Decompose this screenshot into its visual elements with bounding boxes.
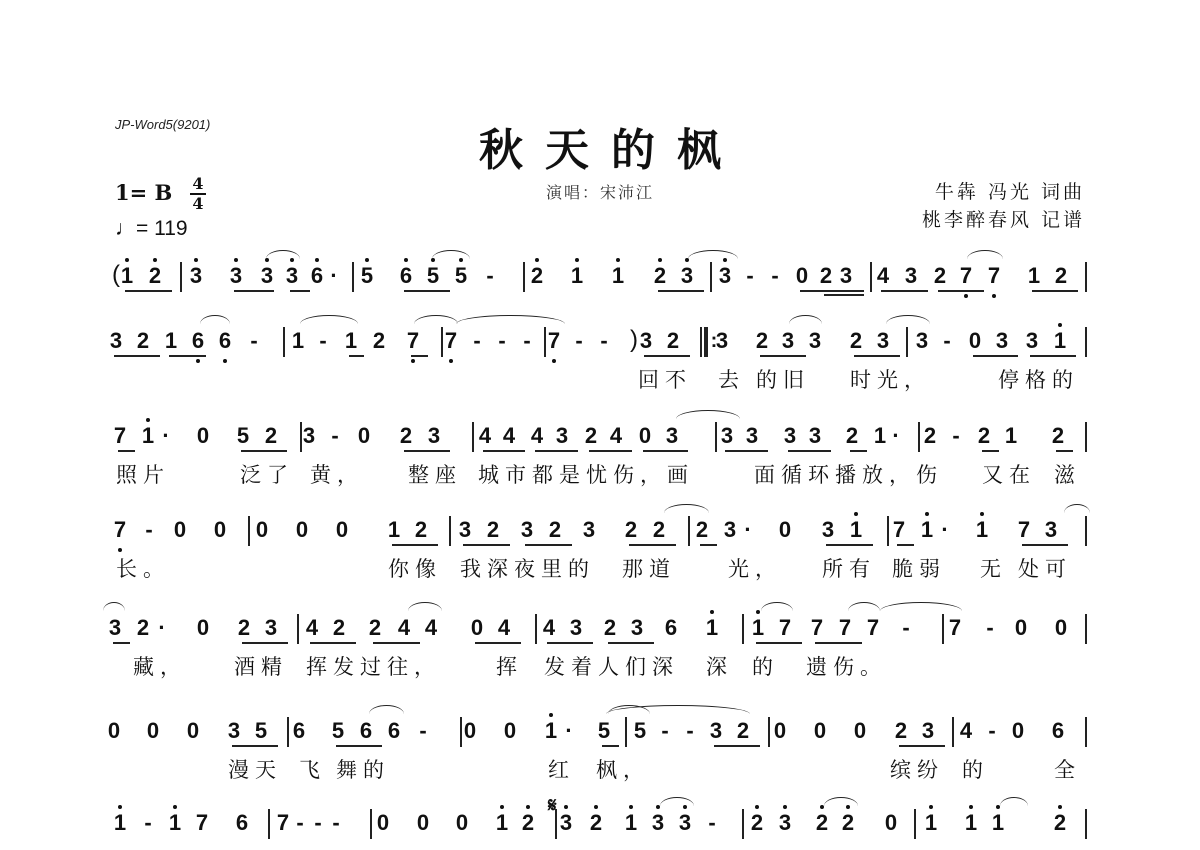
note: 6 [663,616,679,640]
credits: 牛犇 冯光 词曲 桃李醉春风 记谱 [922,178,1085,234]
barline [287,717,289,747]
tie-slur [408,602,442,611]
note: 2 [1050,424,1066,448]
tempo-marking: ♩= 119 [115,217,188,241]
note: 7 [958,264,974,288]
tie-slur [967,250,1003,259]
eighth-underline [643,450,688,452]
barline [1085,516,1087,546]
eighth-underline [725,450,768,452]
note: 3 [719,424,735,448]
lyric-text: 发着人们深 [544,655,679,679]
note: 7 [986,264,1002,288]
note: 3 [228,264,244,288]
barline [1085,422,1087,452]
note: 2 [844,424,860,448]
lyric-text: 挥 [496,655,523,679]
note: 2 [529,264,545,288]
note: 7 [809,616,825,640]
eighth-underline [850,450,867,452]
note: 1 [112,811,128,835]
tie-slur [414,315,458,324]
note: 2 [398,424,414,448]
parenthesis: ( [112,263,120,287]
lyric-text: 黄， [310,463,364,487]
eighth-underline [760,355,806,357]
note: 4 [496,616,512,640]
extension-dash: - [140,811,156,835]
note: 1 [704,616,720,640]
note: 5 [235,424,251,448]
barline [1085,809,1087,839]
lyric-text: 全 [1054,758,1081,782]
eighth-underline [483,450,525,452]
note: 2 [623,518,639,542]
tie-slur [369,705,404,714]
note: 3 [679,264,695,288]
lyric-text: 挥发过往， [306,655,441,679]
note: 3 [519,518,535,542]
tie-slur [266,250,300,259]
note: 3 [426,424,442,448]
note: 7 [275,811,291,835]
eighth-underline [700,544,717,546]
note: 0 [852,719,868,743]
note: 5 [425,264,441,288]
barline [370,809,372,839]
note: 3 [677,811,693,835]
lyric-text: 停格的 [998,368,1079,392]
extension-dash: - [315,329,331,353]
barline [180,262,182,292]
augmentation-dot: · [326,264,342,288]
note: 0 [883,811,899,835]
note: 3 [107,616,123,640]
tie-slur [824,797,858,806]
note: 3 [1043,518,1059,542]
note: 0 [794,264,810,288]
eighth-underline [938,290,984,292]
note: 5 [453,264,469,288]
note: 3 [568,616,584,640]
lyric-text: 去 [718,368,745,392]
eighth-underline [114,355,160,357]
extension-dash: - [767,264,783,288]
note: 0 [502,719,518,743]
note: 2 [848,329,864,353]
eighth-underline [897,544,914,546]
note: 1 [167,811,183,835]
lyric-text: 面循环播放，伤 [754,463,943,487]
tie-slur [456,315,565,324]
eighth-underline [125,290,172,292]
note: 1 [119,264,135,288]
eighth-underline [1032,290,1078,292]
note: 2 [665,329,681,353]
extension-dash: - [292,811,308,835]
note: 2 [749,811,765,835]
barline [952,717,954,747]
tie-slur [688,250,738,259]
note: 3 [263,616,279,640]
note: 4 [501,424,517,448]
note: 2 [651,518,667,542]
note: 0 [967,329,983,353]
note: 3 [581,518,597,542]
note: 0 [254,518,270,542]
note: 2 [520,811,536,835]
note: 0 [777,518,793,542]
note: 2 [976,424,992,448]
note: 2 [818,264,834,288]
note: 0 [212,518,228,542]
repeat-dots: : [706,329,722,353]
eighth-underline [242,642,288,644]
tie-slur [664,504,709,513]
note: 7 [112,518,128,542]
note: 0 [772,719,788,743]
note: 0 [172,518,188,542]
extension-dash: - [571,329,587,353]
note: 1 [1003,424,1019,448]
note: 1 [990,811,1006,835]
note: 2 [602,616,618,640]
tie-slur [676,410,740,419]
extension-dash: - [898,616,914,640]
barline [441,327,443,357]
eighth-underline [658,290,704,292]
note: 2 [922,424,938,448]
extension-dash: - [704,811,720,835]
note: 2 [367,616,383,640]
tie-slur [848,602,880,611]
note: 3 [807,329,823,353]
note: 7 [947,616,963,640]
note: 3 [457,518,473,542]
lyric-text: 光， [728,557,782,581]
note: 3 [782,424,798,448]
note: 1 [386,518,402,542]
eighth-underline [881,290,928,292]
parenthesis: ) [630,328,638,352]
note: 2 [413,518,429,542]
lyric-text: 滋 [1054,463,1081,487]
note: 2 [588,811,604,835]
extension-dash: - [948,424,964,448]
note: 1 [872,424,888,448]
note: 5 [359,264,375,288]
note: 4 [423,616,439,640]
barline [625,717,627,747]
note: 1 [163,329,179,353]
barline [918,422,920,452]
transcriber-credit: 桃李醉春风 记谱 [922,206,1085,234]
note: 0 [1053,616,1069,640]
note: 6 [217,329,233,353]
extension-dash: - [657,719,673,743]
note: 6 [386,719,402,743]
note: 3 [629,616,645,640]
extension-dash: - [494,329,510,353]
note: 1 [923,811,939,835]
eighth-underline [1022,544,1068,546]
note: 2 [583,424,599,448]
time-signature: 4 4 [190,176,206,212]
note: 0 [356,424,372,448]
note: 0 [145,719,161,743]
barline [297,614,299,644]
note: 7 [865,616,881,640]
note: 0 [1013,616,1029,640]
note: 1 [974,518,990,542]
sixteenth-underline [824,294,864,296]
note: 4 [529,424,545,448]
eighth-underline [241,450,287,452]
lyric-text: 酒精 [234,655,288,679]
lyric-text: 照片 [116,463,170,487]
time-signature-bottom: 4 [190,196,206,212]
note: 5 [596,719,612,743]
note: 7 [1016,518,1032,542]
extension-dash: - [327,424,343,448]
barline [870,262,872,292]
note: 3 [1024,329,1040,353]
lyric-text: 的 [752,655,779,679]
extension-dash: - [141,518,157,542]
lyric-text: 又在 [982,463,1036,487]
lyric-text: 所有 [822,557,876,581]
extension-dash: - [984,719,1000,743]
eighth-underline [463,544,510,546]
extension-dash: - [682,719,698,743]
lyric-text: 舞的 [336,758,390,782]
note: 7 [194,811,210,835]
barline [300,422,302,452]
note: 5 [330,719,346,743]
barline [544,327,546,357]
augmentation-dot: · [937,518,953,542]
note: 6 [309,264,325,288]
note: 2 [893,719,909,743]
eighth-underline [336,745,382,747]
repeat-thin-bar [700,327,702,357]
note: 3 [994,329,1010,353]
barline [942,614,944,644]
note: 1 [290,329,306,353]
note: 6 [234,811,250,835]
extension-dash: - [328,811,344,835]
note: 2 [652,264,668,288]
note: 1 [543,719,559,743]
extension-dash: - [939,329,955,353]
lyric-text: 那道 [622,557,676,581]
lyric-text: 漫天 [228,758,282,782]
note: 7 [546,329,562,353]
barline [460,717,462,747]
barline [352,262,354,292]
eighth-underline [392,544,438,546]
note: 3 [780,329,796,353]
eighth-underline [113,642,130,644]
eighth-underline [714,745,760,747]
barline [768,717,770,747]
barline [1085,614,1087,644]
note: 2 [814,811,830,835]
eighth-underline [826,544,873,546]
lyric-text: 处可 [1018,557,1072,581]
barline [268,809,270,839]
note: 3 [903,264,919,288]
tie-slur [300,315,358,324]
note: 3 [820,518,836,542]
lyric-text: 泛了 [240,463,294,487]
barline [715,422,717,452]
note: 2 [147,264,163,288]
note: 3 [807,424,823,448]
lyric-text: 我深夜里的 [460,557,595,581]
lyric-text: 枫， [596,758,650,782]
note: 2 [1052,811,1068,835]
eighth-underline [788,450,831,452]
note: 2 [236,616,252,640]
barline [742,809,744,839]
eighth-underline [899,745,945,747]
note: 2 [694,518,710,542]
barline [710,262,712,292]
note: 1 [623,811,639,835]
eighth-underline [644,355,690,357]
note: 2 [932,264,948,288]
barline [283,327,285,357]
eighth-underline [525,544,572,546]
eighth-underline [118,450,135,452]
note: 1 [750,616,766,640]
note: 3 [226,719,242,743]
barline [449,516,451,546]
eighth-underline [411,355,428,357]
note: 4 [477,424,493,448]
eighth-underline [373,642,420,644]
barline [472,422,474,452]
tie-slur [660,797,694,806]
note: 3 [108,329,124,353]
extension-dash: - [982,616,998,640]
extension-dash: - [519,329,535,353]
lyric-text: 的旧 [756,368,810,392]
note: 3 [722,518,738,542]
note: 3 [558,811,574,835]
lyric-text: 飞 [299,758,326,782]
note: 1 [610,264,626,288]
extension-dash: - [310,811,326,835]
note: 3 [914,329,930,353]
note: 7 [443,329,459,353]
augmentation-dot: · [561,719,577,743]
note: 3 [301,424,317,448]
barline [688,516,690,546]
note: 7 [837,616,853,640]
note: 6 [358,719,374,743]
eighth-underline [475,642,521,644]
barline [1085,327,1087,357]
note: 0 [469,616,485,640]
eighth-underline [234,290,274,292]
note: 1 [919,518,935,542]
note: 3 [920,719,936,743]
eighth-underline [535,450,578,452]
note: 3 [717,264,733,288]
note: 4 [875,264,891,288]
tie-slur [103,602,125,611]
song-title: 秋天的枫 [0,114,1200,178]
lyric-text: 长。 [116,557,170,581]
note: 7 [405,329,421,353]
note: 6 [190,329,206,353]
eighth-underline [349,355,364,357]
note: 0 [106,719,122,743]
tie-slur [761,602,793,611]
key-signature: 1= B [115,180,172,205]
note: 1 [963,811,979,835]
extension-dash: - [742,264,758,288]
lyric-text: 遗伤。 [806,655,887,679]
eighth-underline [602,745,619,747]
note: 7 [112,424,128,448]
note: 0 [637,424,653,448]
note: 2 [485,518,501,542]
note: 2 [331,616,347,640]
note: 6 [1050,719,1066,743]
note: 5 [253,719,269,743]
tie-slur [200,315,230,324]
note: 3 [188,264,204,288]
note: 2 [371,329,387,353]
note: 2 [135,329,151,353]
lyric-text: 缤纷 [890,758,944,782]
note: 0 [294,518,310,542]
note: 4 [541,616,557,640]
note: 1 [1026,264,1042,288]
tie-slur [789,315,822,324]
extension-dash: - [596,329,612,353]
extension-dash: - [482,264,498,288]
note: 7 [777,616,793,640]
note: 4 [396,616,412,640]
augmentation-dot: · [154,616,170,640]
note: 2 [1053,264,1069,288]
note: 4 [304,616,320,640]
augmentation-dot: · [888,424,904,448]
note: 4 [608,424,624,448]
note: 0 [1010,719,1026,743]
note: 1 [848,518,864,542]
barline [555,809,557,839]
note: 3 [664,424,680,448]
augmentation-dot: · [740,518,756,542]
lyric-text: 红 [548,758,575,782]
note: 5 [632,719,648,743]
note: 2 [840,811,856,835]
tie-slur [1064,504,1090,513]
barline [1085,717,1087,747]
note: 3 [638,329,654,353]
lyric-text: 时光， [850,368,931,392]
eighth-underline [589,450,632,452]
note: 3 [744,424,760,448]
time-signature-top: 4 [190,176,206,192]
note: 0 [415,811,431,835]
note: 6 [398,264,414,288]
